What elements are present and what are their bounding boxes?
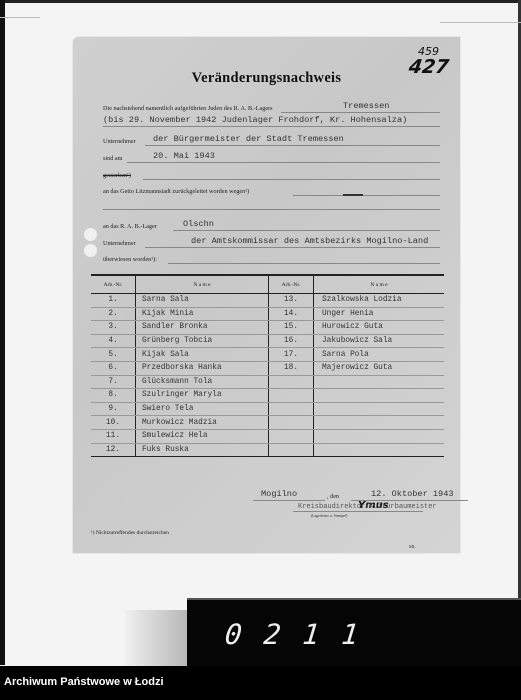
camp-note: (bis 29. November 1942 Judenlager Frohdo…	[103, 115, 407, 125]
name-cell	[314, 402, 445, 416]
archive-footer: Archiwum Państwowe w Łodzi	[0, 666, 521, 700]
employer-label: Unternehmer	[103, 138, 136, 145]
punch-hole	[84, 244, 97, 257]
name-cell: Sarna Pola	[314, 348, 445, 362]
nr-cell: 9.	[91, 402, 136, 416]
background-line	[0, 17, 40, 18]
name-cell	[314, 389, 445, 403]
name-cell: Unger Henia	[314, 307, 445, 321]
name-cell: Grünberg Tobcia	[136, 334, 269, 348]
transfer-camp-row: an das R. A. B.-Lager Olschn	[103, 219, 440, 231]
table-row: 9.Swiero Tela	[91, 402, 444, 416]
nr-cell	[269, 416, 314, 430]
transferred-row: überwiesen worden¹):	[103, 252, 440, 264]
header-nr-2: Arb.-Nr.	[269, 275, 314, 294]
archive-label: Archiwum Państwowe w Łodzi	[4, 676, 164, 688]
footnote: ¹) Nichtzutreffendes durchstreichen	[91, 530, 169, 536]
nr-cell: 1.	[91, 294, 136, 308]
transfer-employer-label: Unternehmer	[103, 240, 136, 247]
transfer-camp-value: Olschn	[183, 219, 214, 229]
nr-cell	[269, 402, 314, 416]
transferred-label: überwiesen worden¹):	[103, 256, 157, 263]
name-cell: Szalkowska Lodzia	[314, 294, 445, 308]
nr-cell: 7.	[91, 375, 136, 389]
table-row: 1.Sarna Sala13.Szalkowska Lodzia	[91, 294, 444, 308]
camp-note-row: (bis 29. November 1942 Judenlager Frohdo…	[103, 115, 440, 127]
scan-frame-left	[0, 0, 5, 665]
header-name-1: N a m e	[136, 275, 269, 294]
returned-row: an das Getto Litzmannstadt zurückgeleite…	[103, 184, 440, 196]
nr-cell: 14.	[269, 307, 314, 321]
signature-title: Kreisbaudirektor/Kulturbaumeister	[298, 503, 437, 511]
struck-row: gestorben¹)	[103, 168, 440, 180]
name-cell: Hurowicz Guta	[314, 321, 445, 335]
nr-cell: 17.	[269, 348, 314, 362]
document-title: Veränderungsnachweis	[73, 70, 460, 87]
nr-cell	[269, 443, 314, 457]
fill-line	[145, 247, 440, 248]
worker-table: Arb.-Nr. N a m e Arb.-Nr. N a m e 1.Sarn…	[91, 274, 444, 457]
nr-cell: 6.	[91, 361, 136, 375]
table-row: 3.Sandler Bronka15.Hurowicz Guta	[91, 321, 444, 335]
signature-place: Mogilno	[261, 489, 297, 499]
fill-line	[127, 162, 440, 163]
name-cell: Przedborska Hanka	[136, 361, 269, 375]
name-cell: Murkowicz Madzia	[136, 416, 269, 430]
name-cell: Smulewicz Hela	[136, 429, 269, 443]
fill-line	[145, 145, 440, 146]
transfer-employer-value: der Amtskommissar des Amtsbezirks Mogiln…	[191, 236, 428, 246]
name-cell: Jakubowicz Sala	[314, 334, 445, 348]
nr-cell: 13.	[269, 294, 314, 308]
nr-cell: 12.	[91, 443, 136, 457]
fill-line	[173, 230, 440, 231]
date-value: 20. Mai 1943	[153, 151, 215, 161]
table-row: 6.Przedborska Hanka18.Majerowicz Guta	[91, 361, 444, 375]
table-row: 7.Glücksmann Tola	[91, 375, 444, 389]
fill-line	[143, 179, 440, 180]
table-row: 12.Fuks Ruska	[91, 443, 444, 457]
name-cell: Szulringer Maryla	[136, 389, 269, 403]
film-frame-counter: 0211	[223, 618, 382, 651]
background-line	[440, 22, 521, 23]
nr-cell: 11.	[91, 429, 136, 443]
nr-cell: 4.	[91, 334, 136, 348]
header-name-2: N a m e	[314, 275, 445, 294]
table-row: 11.Smulewicz Hela	[91, 429, 444, 443]
returned-dash	[343, 194, 363, 196]
signature-line	[293, 511, 423, 512]
struck-label: gestorben¹)	[103, 172, 131, 179]
nr-cell: 8.	[91, 389, 136, 403]
den-label: , den	[327, 493, 339, 500]
nr-cell: 15.	[269, 321, 314, 335]
film-holder-shadow	[125, 610, 189, 666]
fill-line	[168, 263, 440, 264]
name-cell: Glücksmann Tola	[136, 375, 269, 389]
transfer-employer-row: Unternehmer der Amtskommissar des Amtsbe…	[103, 236, 440, 248]
name-cell	[314, 416, 445, 430]
name-cell: Sarna Sala	[136, 294, 269, 308]
name-cell: Kijak Sala	[136, 348, 269, 362]
name-cell: Sandler Bronka	[136, 321, 269, 335]
table-row: 2.Kijak Minia14.Unger Henia	[91, 307, 444, 321]
date-row: sind am 20. Mai 1943	[103, 151, 440, 163]
table-row: 5.Kijak Sala17.Sarna Pola	[91, 348, 444, 362]
name-cell: Swiero Tela	[136, 402, 269, 416]
document-sheet: 459 427 Veränderungsnachweis Die nachste…	[73, 37, 460, 553]
intro-row: Die nachstehend namentlich aufgeführten …	[103, 101, 440, 113]
name-cell: Majerowicz Guta	[314, 361, 445, 375]
blank-line	[103, 209, 440, 210]
name-cell: Kijak Minia	[136, 307, 269, 321]
scan-frame-top	[0, 0, 521, 3]
nr-cell: 5.	[91, 348, 136, 362]
punch-hole	[84, 228, 97, 241]
employer-value: der Bürgermeister der Stadt Tremessen	[153, 134, 344, 144]
fill-line	[281, 112, 440, 113]
table-row: 10.Murkowicz Madzia	[91, 416, 444, 430]
signature-date: 12. Oktober 1943	[371, 489, 454, 499]
table-row: 4.Grünberg Tobcia16.Jakubowicz Sala	[91, 334, 444, 348]
fill-line	[253, 500, 325, 501]
header-nr-1: Arb.-Nr.	[91, 275, 136, 294]
returned-label: an das Getto Litzmannstadt zurückgeleite…	[103, 188, 249, 195]
printer-mark: ML	[409, 544, 416, 549]
name-cell	[314, 429, 445, 443]
fill-line	[293, 195, 440, 196]
camp-name: Tremessen	[343, 101, 389, 111]
signature-subtitle: (Lagerleiter u. Stempel)	[311, 514, 347, 518]
nr-cell	[269, 389, 314, 403]
nr-cell	[269, 375, 314, 389]
employer-row: Unternehmer der Bürgermeister der Stadt …	[103, 134, 440, 146]
transfer-camp-label: an das R. A. B.-Lager	[103, 223, 157, 230]
name-cell	[314, 443, 445, 457]
nr-cell: 18.	[269, 361, 314, 375]
nr-cell: 16.	[269, 334, 314, 348]
fill-line	[103, 126, 440, 127]
intro-label: Die nachstehend namentlich aufgeführten …	[103, 105, 273, 112]
nr-cell: 2.	[91, 307, 136, 321]
table-row: 8.Szulringer Maryla	[91, 389, 444, 403]
table-header-row: Arb.-Nr. N a m e Arb.-Nr. N a m e	[91, 275, 444, 294]
name-cell	[314, 375, 445, 389]
date-label: sind am	[103, 155, 122, 162]
nr-cell: 3.	[91, 321, 136, 335]
nr-cell: 10.	[91, 416, 136, 430]
name-cell: Fuks Ruska	[136, 443, 269, 457]
nr-cell	[269, 429, 314, 443]
